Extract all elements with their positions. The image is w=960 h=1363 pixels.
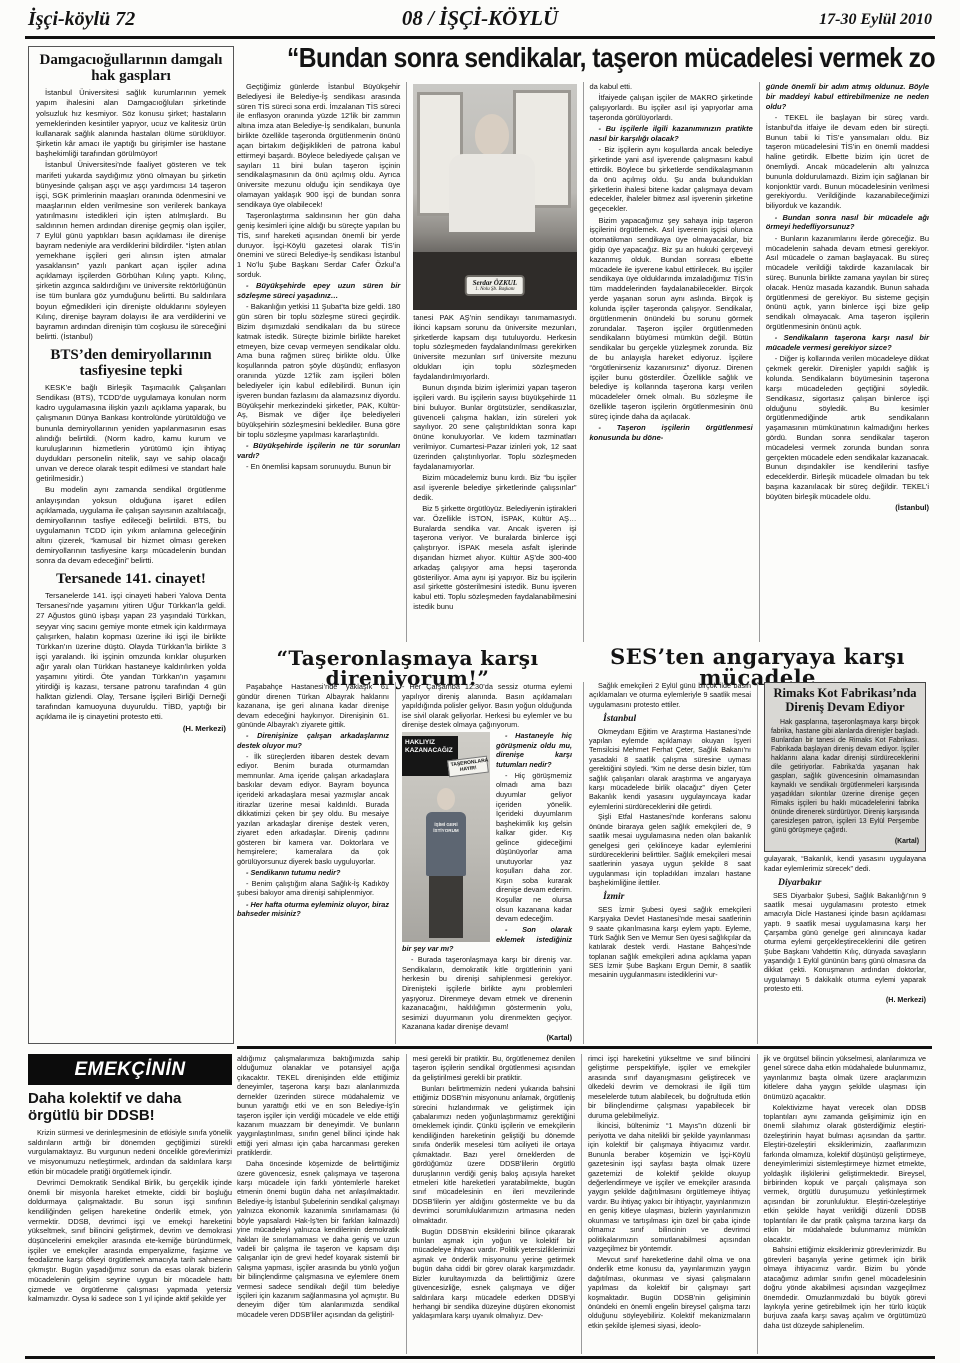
paragraph: aldığımız çalışmalarımıza baktığımızda s… bbox=[237, 1054, 400, 1158]
band-divider bbox=[237, 1046, 932, 1049]
byline: (H. Merkezi) bbox=[36, 724, 226, 734]
paragraph: Paşabahçe Hastanesi’nde yaklaşık 61 günd… bbox=[237, 682, 389, 730]
main-col-2: Serdar ÖZKUL 1. Nolu Şb. Başkanı tanesi … bbox=[406, 82, 582, 642]
paragraph: Krizin sürmesi ve derinleşmesinin de etk… bbox=[28, 1128, 232, 1176]
paragraph: da kabul etti. bbox=[590, 82, 753, 92]
paragraph: Şişli Etfal Hastanesi’nde konferans salo… bbox=[589, 813, 751, 888]
paragraph: Bunları belirtmemizin nedeni yukarıda ba… bbox=[413, 1084, 576, 1225]
paragraph: Bugün DDSB’nin eksiklerini bilince çıkar… bbox=[413, 1227, 576, 1321]
article-title-tersane: Tersanede 141. cinayet! bbox=[36, 571, 226, 587]
article-body-tersane: Tersanelerde 141. işçi cinayeti haberi Y… bbox=[36, 591, 226, 734]
question-paragraph: - Sendikaların taşerona karşı nasıl bir … bbox=[766, 333, 929, 353]
main-col-4: günde önemli bir adım atmış oldunuz. Böy… bbox=[759, 82, 935, 642]
paragraph: Bizim mücadelemiz bunu kırdı. Biz “bu iş… bbox=[413, 473, 576, 502]
question-paragraph: - Bu işçilerle ilgili kazanımınızın prat… bbox=[590, 124, 753, 144]
figure-shape: İŞİMİ GERİ İSTİYORUM bbox=[426, 788, 466, 942]
paragraph: İtfaiyede çalışan işçiler de MAKRO şirke… bbox=[590, 93, 753, 122]
paragraph: - İlk süreçlerden itibaren destek devam … bbox=[237, 752, 389, 867]
paragraph: Taşeronlaştırma saldırısının her gün dah… bbox=[237, 211, 400, 280]
subhead: Diyarbakır bbox=[764, 877, 926, 890]
portrait-head-shape bbox=[475, 114, 509, 156]
question-paragraph: - Taşeron işçilerin örgütlenmesi konusun… bbox=[590, 423, 753, 443]
paragraph: İstanbul Üniversitesi sağlık kurumlarını… bbox=[36, 88, 226, 159]
rimaks-box: Rimaks Kot Fabrikası’nda Direniş Devam E… bbox=[764, 682, 926, 852]
paragraph: Geçtiğimiz günlerde İstanbul Büyükşehir … bbox=[237, 82, 400, 210]
masthead-divider bbox=[25, 36, 935, 39]
paragraph: Tersanelerde 141. işçi cinayeti haberi Y… bbox=[36, 591, 226, 722]
main-headline: “Bundan sonra sendikalar, taşeron mücade… bbox=[237, 42, 935, 78]
paragraph: - Bakanlığın yetkisi 11 Şubat’ta bize ge… bbox=[237, 302, 400, 439]
gundem-col-2: mesi gerekli bir pratiktir. Bu, örgütlen… bbox=[406, 1054, 582, 1354]
paragraph: Bahsini ettiğimiz eksiklerimiz görevleri… bbox=[764, 1245, 927, 1330]
paragraph: SES İzmir Şubesi üyesi sağlık emekçileri… bbox=[589, 906, 751, 981]
paragraph: - Biz işçilerin aynı koşullarda ancak be… bbox=[590, 145, 753, 214]
gundem-col-4: jik ve örgütsel bilincin yükselmesi, ala… bbox=[757, 1054, 933, 1354]
question-paragraph: - Sendikanın tutumu nedir? bbox=[237, 868, 389, 878]
paragraph: rimci işçi hareketini yükseltme ve sınıf… bbox=[588, 1054, 751, 1120]
paragraph: - Benim çalıştığım alana Sağlık-İş Kadık… bbox=[237, 879, 389, 898]
paragraph: Okmeydanı Eğitim ve Araştırma Hastanesi’… bbox=[589, 728, 751, 812]
paragraph: İstanbul Üniversitesi’nde faaliyet göste… bbox=[36, 160, 226, 341]
paragraph: Sağlık emekçileri 2 Eylül günü birçok il… bbox=[589, 682, 751, 710]
paragraph: - TEKEL ile başlayan bir süreç vardı. İs… bbox=[766, 113, 929, 211]
main-article-columns: Geçtiğimiz günlerde İstanbul Büyükşehir … bbox=[237, 82, 935, 642]
nameplate-name: Serdar ÖZKUL bbox=[473, 279, 518, 287]
paragraph: - En önemlisi kapsam sorunuydu. Bunun bi… bbox=[237, 462, 400, 472]
ses-col-b: Rimaks Kot Fabrikası’nda Direniş Devam E… bbox=[757, 682, 932, 1044]
paragraph: - Diğer iş kollarında verilen mücadeleye… bbox=[766, 354, 929, 501]
subhead: İstanbul bbox=[589, 713, 751, 726]
main-headline-text: “Bundan sonra sendikalar, taşeron mücade… bbox=[287, 42, 935, 74]
paragraph: Bu modelin aynı zamanda sendikal örgütle… bbox=[36, 485, 226, 566]
figure-head-shape bbox=[437, 788, 455, 810]
paragraph: İkincisi, bültenimiz “1 Mayıs”ın düzenli… bbox=[588, 1121, 751, 1253]
nameplate-title: 1. Nolu Şb. Başkanı bbox=[473, 287, 518, 292]
question-paragraph: - Büyükşehirde epey uzun süren bir sözle… bbox=[237, 281, 400, 301]
main-col-2-text: tanesi PAK AŞ’nin sendikayı tanımamasıyd… bbox=[413, 313, 576, 612]
ses-col-b-text: gulayarak, “Bakanlık, kendi yasasını uyg… bbox=[764, 855, 926, 1005]
byline: (H. Merkezi) bbox=[764, 996, 926, 1005]
paragraph: gulayarak, “Bakanlık, kendi yasasını uyg… bbox=[764, 855, 926, 874]
question-paragraph: - Direnişinize çalışan arkadaşlarınız de… bbox=[237, 731, 389, 750]
taseron-col-left: Paşabahçe Hastanesi’nde yaklaşık 61 günd… bbox=[237, 682, 395, 1044]
paragraph: - Bunların kazanımlarını ilerde göreceği… bbox=[766, 234, 929, 332]
paragraph: Daha öncesinde köşemizde de belirttiğimi… bbox=[237, 1159, 400, 1319]
ses-col-a: Sağlık emekçileri 2 Eylül günü birçok il… bbox=[589, 682, 757, 1044]
figure-vest: İŞİMİ GERİ İSTİYORUM bbox=[426, 812, 466, 876]
rimaks-body: Hak gasplarına, taşeronlaşmaya karşı bir… bbox=[771, 718, 919, 846]
paragraph: Hak gasplarına, taşeronlaşmaya karşı bir… bbox=[771, 718, 919, 836]
article-title-bts: BTS’den demiryollarının tasfiyesine tepk… bbox=[36, 347, 226, 379]
question-paragraph: - Büyükşehirde işçilerin ne tür sorunlar… bbox=[237, 441, 400, 461]
main-col-3: da kabul etti.İtfaiyede çalışan işçiler … bbox=[583, 82, 759, 642]
byline: (Kartal) bbox=[402, 1033, 572, 1043]
article-body-bts: KESK’e bağlı Birleşik Taşımacılık Çalışa… bbox=[36, 383, 226, 566]
figure-legs-shape bbox=[429, 876, 463, 938]
paragraph: Devrimci Demokratik Sendikal Birlik, bu … bbox=[28, 1178, 232, 1304]
byline: (Kartal) bbox=[771, 837, 919, 846]
paragraph: - Burada taşeronlaşmaya karşı bir direni… bbox=[402, 955, 572, 1031]
photo-serdar-ozkul: Serdar ÖZKUL 1. Nolu Şb. Başkanı bbox=[413, 84, 576, 310]
paragraph: Mevcut sınıf hareketlerine dahil olma ve… bbox=[588, 1255, 751, 1330]
taseron-section: Paşabahçe Hastanesi’nde yaklaşık 61 günd… bbox=[237, 682, 578, 1044]
taseron-col-right: - Her Çarşamba 12:30’da sessiz oturma ey… bbox=[395, 682, 578, 1044]
rimaks-title: Rimaks Kot Fabrikası’nda Direniş Devam E… bbox=[771, 687, 919, 715]
gundem-col-1: aldığımız çalışmalarımıza baktığımızda s… bbox=[237, 1054, 406, 1354]
protest-sign: TAŞERONLARA HAYIR! bbox=[447, 756, 489, 778]
gundem-banner: EMEKÇİNİN GÜNDEMİ bbox=[28, 1054, 232, 1085]
paragraph: Kolektivizme hayat verecek olan DDSB top… bbox=[764, 1103, 927, 1244]
desk-nameplate: Serdar ÖZKUL 1. Nolu Şb. Başkanı bbox=[465, 275, 526, 296]
gundem-col-3: rimci işçi hareketini yükseltme ve sınıf… bbox=[581, 1054, 757, 1354]
paragraph: jik ve örgütsel bilincin yükselmesi, ala… bbox=[764, 1054, 927, 1101]
newspaper-page: İşçi-köylü 72 08 / İŞÇİ-KÖYLÜ 17-30 Eylü… bbox=[0, 0, 960, 1363]
main-col-1: Geçtiğimiz günlerde İstanbul Büyükşehir … bbox=[237, 82, 406, 642]
taseron-right-lead: - Her Çarşamba 12:30’da sessiz oturma ey… bbox=[402, 682, 572, 730]
masthead-date: 17-30 Eylül 2010 bbox=[819, 11, 932, 29]
byline: (İstanbul) bbox=[766, 503, 929, 513]
page-bottom-rule bbox=[25, 1356, 935, 1359]
gundem-col-0: Krizin sürmesi ve derinleşmesinin de etk… bbox=[28, 1128, 232, 1354]
sidebar-article-box: Damgacıoğullarının damgalı hak gaspları … bbox=[28, 46, 234, 1044]
gundem-title: Daha kolektif ve daha örgütlü bir DDSB! bbox=[28, 1091, 232, 1125]
paragraph: KESK’e bağlı Birleşik Taşımacılık Çalışa… bbox=[36, 383, 226, 484]
masthead-folio: 08 / İŞÇİ-KÖYLÜ bbox=[0, 6, 960, 31]
photo-turkan-albayrak: HAKLIYIZ KAZANACAĞIZ TAŞERONLARA HAYIR! … bbox=[402, 732, 490, 942]
question-paragraph: - Her hafta oturma eyleminiz oluyor, bir… bbox=[237, 900, 389, 919]
question-paragraph: günde önemli bir adım atmış oldunuz. Böy… bbox=[766, 82, 929, 111]
article-body-damgaci: İstanbul Üniversitesi sağlık kurumlarını… bbox=[36, 88, 226, 341]
paragraph: tanesi PAK AŞ’nin sendikayı tanımamasıyd… bbox=[413, 313, 576, 382]
ses-section: Sağlık emekçileri 2 Eylül günü birçok il… bbox=[583, 682, 932, 1044]
subhead: İzmir bbox=[589, 891, 751, 904]
portrait-shirt-shape bbox=[449, 154, 535, 232]
gundem-band-columns: aldığımız çalışmalarımıza baktığımızda s… bbox=[237, 1054, 932, 1354]
paragraph: mesi gerekli bir pratiktir. Bu, örgütlen… bbox=[413, 1054, 576, 1082]
paragraph: Bunun dışında bizim işlerimizi yapan taş… bbox=[413, 383, 576, 471]
paragraph: Biz 5 şirkette örgütlüyüz. Belediyenin i… bbox=[413, 504, 576, 612]
paragraph: SES Diyarbakır Şubesi, Sağlık Bakanlığı’… bbox=[764, 892, 926, 995]
question-paragraph: - Bundan sonra nasıl bir mücadele ağı ör… bbox=[766, 213, 929, 233]
article-title-damgaci: Damgacıoğullarının damgalı hak gaspları bbox=[36, 52, 226, 84]
paragraph: Bizim yapacağımız şey sahaya inip taşero… bbox=[590, 216, 753, 422]
paragraph: - Her Çarşamba 12:30’da sessiz oturma ey… bbox=[402, 682, 572, 730]
